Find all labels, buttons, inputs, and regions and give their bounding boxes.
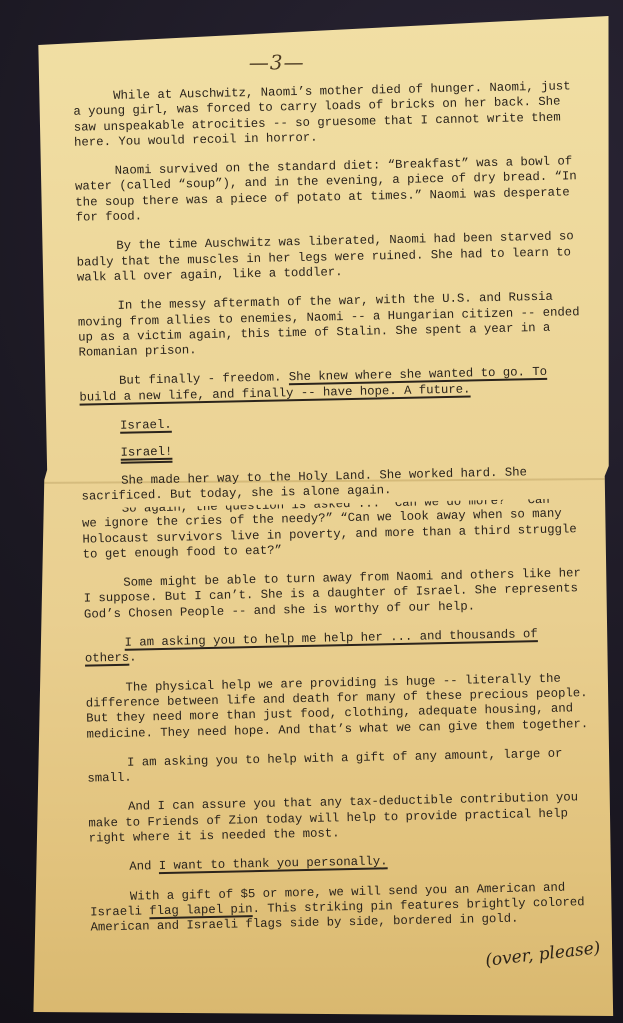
asking-help-end: . — [129, 651, 137, 665]
paragraph-daughter-of-israel: Some might be able to turn away from Nao… — [83, 566, 594, 623]
asking-help-underlined: I am asking you to help me help her ... … — [85, 627, 538, 666]
paragraph-auschwitz: While at Auschwitz, Naomi’s mother died … — [73, 79, 584, 151]
paragraph-israel-2: Israel! — [80, 436, 590, 462]
paragraph-freedom: But finally - freedom. She knew where sh… — [79, 364, 590, 405]
page-number: —3— — [249, 50, 305, 74]
paragraph-liberation: By the time Auschwitz was liberated, Nao… — [76, 229, 587, 286]
paragraph-tax-deductible: And I can assure you that any tax-deduct… — [88, 790, 599, 847]
paragraph-israel-1: Israel. — [80, 409, 590, 435]
letter-body: While at Auschwitz, Naomi’s mother died … — [73, 79, 601, 950]
paragraph-diet: Naomi survived on the standard diet: “Br… — [75, 154, 586, 226]
paragraph-aftermath: In the messy aftermath of the war, with … — [77, 289, 588, 361]
paragraph-gift-amount: I am asking you to help with a gift of a… — [87, 746, 598, 787]
israel-period: Israel. — [120, 418, 172, 433]
letter-page: —3— While at Auschwitz, Naomi’s mother d… — [27, 16, 616, 1020]
paragraph-asking-help: I am asking you to help me help her ... … — [84, 626, 595, 667]
paragraph-holy-land: She made her way to the Holy Land. She w… — [81, 464, 592, 505]
paragraph-physical-help: The physical help we are providing is hu… — [85, 671, 596, 743]
thank-you-underlined: I want to thank you personally. — [159, 855, 388, 874]
paragraph-lapel-pin: With a gift of $5 or more, we will send … — [90, 879, 601, 936]
israel-exclaim: Israel! — [120, 445, 172, 460]
thank-you-text: And — [129, 859, 159, 874]
paragraph-thank-you: And I want to thank you personally. — [89, 850, 599, 876]
lapel-pin-underlined: flag lapel pin — [149, 902, 253, 918]
handwritten-note: (over, please) — [485, 938, 602, 971]
